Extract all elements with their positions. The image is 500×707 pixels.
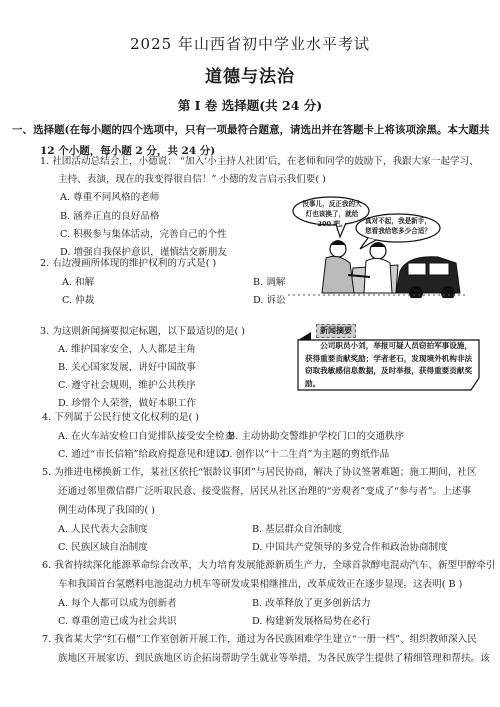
question-5-line-3: 例生动体现了我国的( ) [58,502,155,516]
question-3-stem: 3. 为这则新闻摘要拟定标题，以下最适切的是( ) [40,323,245,337]
question-1-option-a: A. 尊重不同风格的老师 [60,189,159,203]
question-5-option-b: B. 基层群众自治制度 [252,521,342,535]
question-6-option-c: C. 尊重创造已成为社会共识 [58,613,177,627]
question-2-option-a: A. 和解 [62,274,94,288]
news-summary-box: 新闻摘要 公司职员小刘，举报可疑人员窃拍军事设施，获得重要贡献奖励；学者老石，发… [297,332,480,392]
section-title: 第 I 卷 选择题(共 24 分) [0,96,500,114]
cartoon-bubble-right: 真对不起，我是新手，您看我给您多少合适？ [364,216,432,236]
question-3-option-a: A. 维护国家安全，人人都是主角 [58,341,196,355]
question-4-option-b: B. 主动协助交警维护学校门口的交通秩序 [228,428,404,442]
cartoon-bubble-left: 没事儿，反正我的大灯也该换了，就给 200 吧。 [300,199,364,229]
question-4-option-c: C. 通过“市长信箱”给政府提意见和建议 [58,446,225,460]
question-5-line-1: 5. 为推进电梯换新工作，某社区依托“银龄议事团”与居民协商，解决了协议签署难题… [42,464,477,478]
news-summary-tag: 新闻摘要 [316,324,356,338]
question-6-line-2: 车和我国首台氢燃料电池混动力机车等研发成果相继推出，改革成效正在逐步显现。这表明… [58,576,462,590]
question-5-option-c: C. 民族区域自治制度 [58,539,148,553]
question-3-option-d: D. 珍惜个人荣誉，做好本职工作 [58,395,196,409]
question-5-line-2: 还通过邻里微信群广泛听取民意、接受监督，居民从社区治理的“旁观者”变成了“参与者… [58,483,471,497]
question-1-option-c: C. 积极参与集体活动，完善自己的个性 [60,226,227,240]
question-5-option-a: A. 人民代表大会制度 [58,521,148,535]
question-2-stem: 2. 右边漫画所体现的维护权利的方式是( ) [40,255,216,269]
question-6-line-1: 6. 我省持续深化能源革命综合改革，大力培育发展能源新质生产力，全球首款醇电混动… [42,557,496,571]
question-7-line-1: 7. 我省某大学“红石榴”工作室创新开展工作，通过为各民族困难学生建立“一册一档… [42,631,477,645]
instructions-line-1: 一、选择题(在每小题的四个选项中，只有一项最符合题意，请选出并在答题卡上将该项涂… [12,122,489,137]
question-6-option-a: A. 每个人都可以成为创新者 [58,595,177,609]
question-2-option-d: D. 诉讼 [253,292,286,306]
question-6-option-b: B. 改革释放了更多创新活力 [252,595,371,609]
question-2-option-c: C. 仲裁 [62,292,94,306]
question-2-option-b: B. 调解 [253,274,285,288]
question-4-option-a: A. 在火车站安检口自觉排队接受安全检查 [58,428,234,442]
question-1-option-b: B. 涵养正直的良好品格 [60,208,160,222]
exam-title: 2025 年山西省初中学业水平考试 [0,33,500,54]
question-4-option-d: D. 创作以“十二生肖”为主题的剪纸作品 [222,446,389,460]
subject-title: 道德与法治 [0,62,500,87]
question-5-option-d: D. 中国共产党领导的多党合作和政治协商制度 [252,539,448,553]
question-3-option-c: C. 遵守社会规则，维护公共秩序 [58,377,196,391]
question-4-stem: 4. 下列属于公民行使文化权利的是( ) [42,409,199,423]
question-1-line-1: 1. 社团活动总结会上，小德说： “加入‘小主持人社团’后，在老师和同学的鼓励下… [40,153,479,167]
question-1-line-2: 主持、表演，现在的我变得很自信！” 小德的发言启示我们要( ) [58,171,326,185]
question-7-line-2: 族地区开展家访、到民族地区访企拓岗帮助学生就业等举措，为各民族学生提供了精细管理… [58,650,490,664]
cartoon-illustration: 没事儿，反正我的大灯也该换了，就给 200 吧。 真对不起，我是新手，您看我给您… [288,193,468,298]
question-3-option-b: B. 关心国家发展，讲好中国故事 [58,359,196,373]
question-6-option-d: D. 构建新发展格局势在必行 [252,613,371,627]
news-summary-text: 公司职员小刘，举报可疑人员窃拍军事设施，获得重要贡献奖励；学者老石，发现境外机构… [305,340,475,390]
